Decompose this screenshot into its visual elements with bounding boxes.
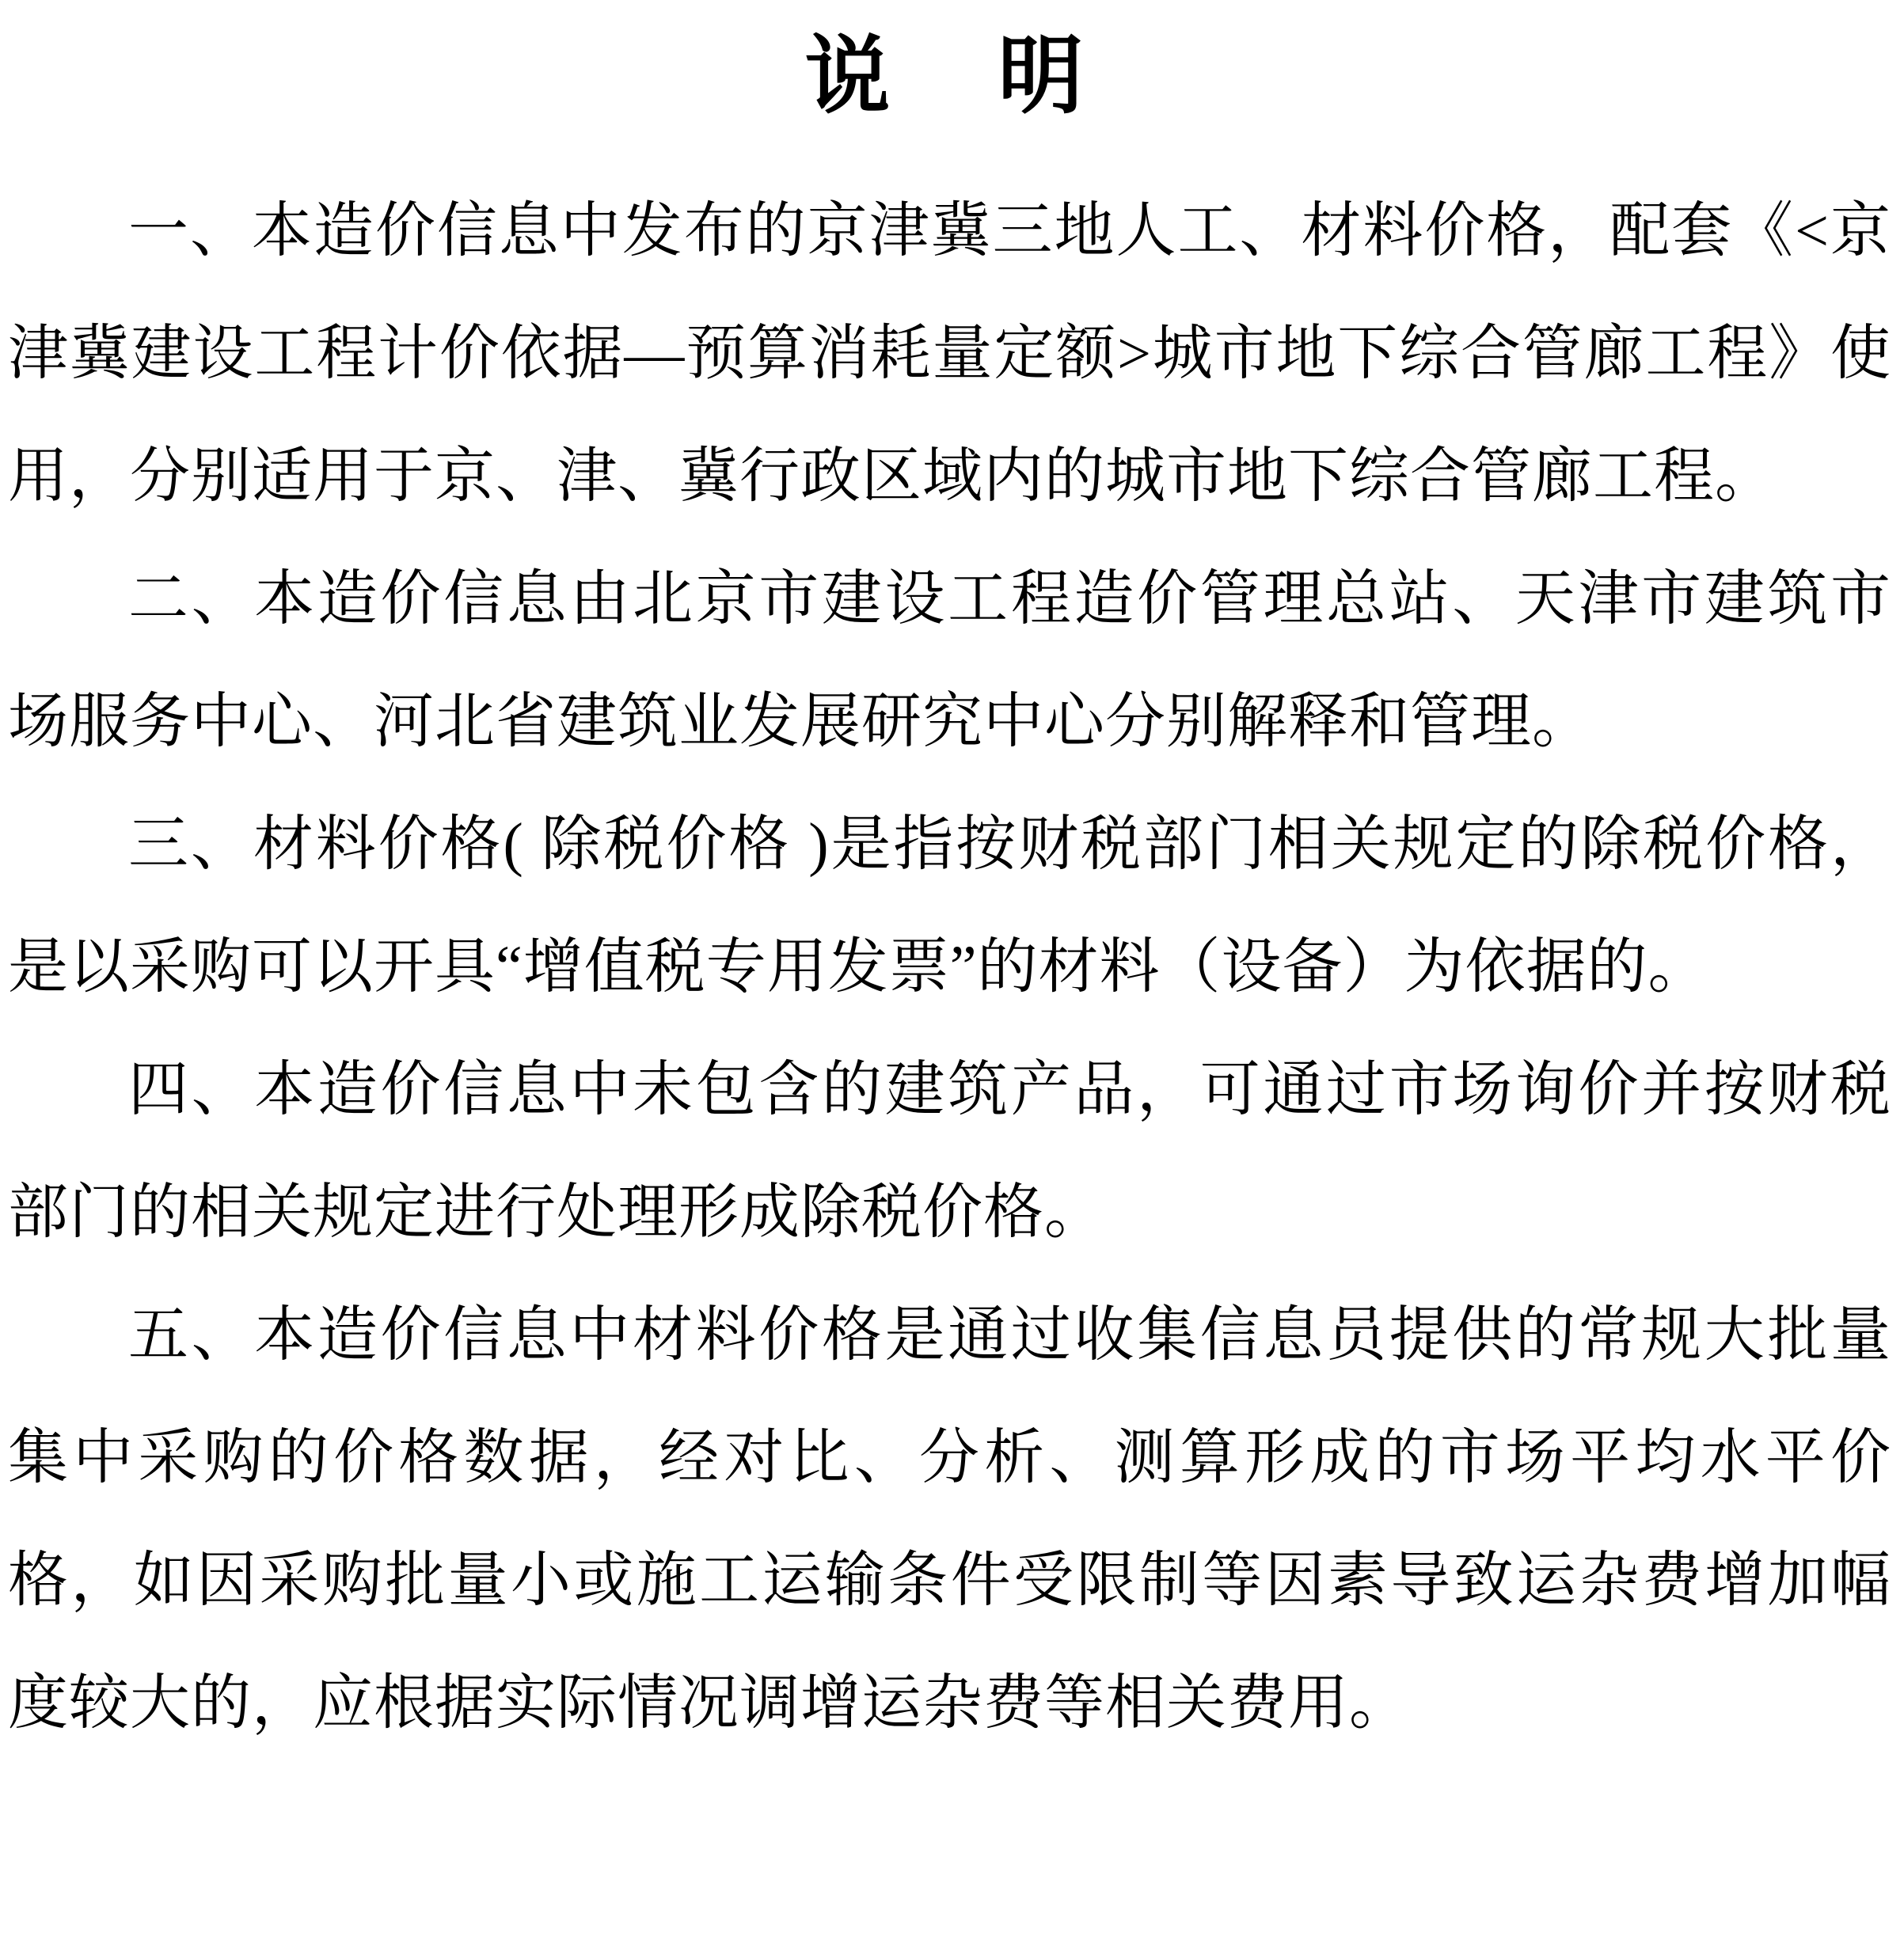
document-body: 一、本造价信息中发布的京津冀三地人工、材料价格，配套《<京津冀建设工程计价依据—… xyxy=(8,170,1891,1765)
paragraph-2: 二、本造价信息由北京市建设工程造价管理总站、天津市建筑市场服务中心、河北省建筑业… xyxy=(8,538,1891,784)
paragraph-5: 五、本造价信息中材料价格是通过收集信息员提供的常规大批量集中采购的价格数据，经对… xyxy=(8,1274,1891,1765)
paragraph-1: 一、本造价信息中发布的京津冀三地人工、材料价格，配套《<京津冀建设工程计价依据—… xyxy=(8,170,1891,538)
paragraph-3: 三、材料价格( 除税价格 )是指按财税部门相关规定的除税价格，是以采购可以开具“… xyxy=(8,784,1891,1029)
paragraph-4: 四、本造价信息中未包含的建筑产品，可通过市场询价并按财税部门的相关规定进行处理形… xyxy=(8,1029,1891,1274)
page-title: 说 明 xyxy=(8,22,1891,129)
document-page: 说 明 一、本造价信息中发布的京津冀三地人工、材料价格，配套《<京津冀建设工程计… xyxy=(0,0,1904,1944)
